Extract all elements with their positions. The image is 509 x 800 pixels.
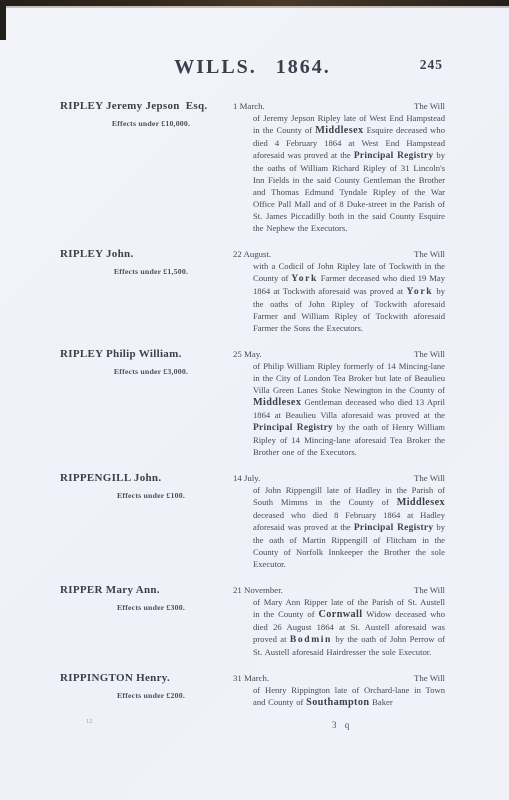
entry-body-text: of Henry Rippington late of Orchard-lane… — [253, 684, 445, 709]
entry-effects: Effects under £3,000. — [92, 367, 210, 376]
entry-name: RIPPENGILL John. — [60, 472, 240, 484]
page-number: 245 — [420, 57, 443, 73]
entry-name: RIPLEY John. — [60, 248, 240, 260]
entry-body-column: The Will of Philip William Ripley former… — [253, 348, 445, 458]
entry-date: 22 August. — [233, 249, 271, 259]
entry-effects: Effects under £300. — [92, 603, 210, 612]
entry-body-text: of Philip William Ripley formerly of 14 … — [253, 360, 445, 458]
entry-name-column: RIPPER Mary Ann. Effects under £300. — [60, 584, 240, 612]
entry-name: RIPLEY Jeremy Jepson Esq. — [60, 100, 240, 112]
highlighted-term: Principal Registry — [354, 523, 434, 533]
entry-date: 21 November. — [233, 585, 283, 595]
entry-effects: Effects under £1,500. — [92, 267, 210, 276]
highlighted-term: York — [291, 273, 318, 284]
entry-lead: The Will — [253, 248, 445, 260]
entry-name: RIPPINGTON Henry. — [60, 672, 240, 684]
will-entry: RIPLEY Jeremy Jepson Esq. Effects under … — [60, 100, 445, 234]
entry-name-column: RIPPENGILL John. Effects under £100. — [60, 472, 240, 500]
probate-calendar-page: WILLS. 1864. 245 RIPLEY Jeremy Jepson Es… — [0, 0, 509, 800]
entry-body-text: of Jeremy Jepson Ripley late of West End… — [253, 112, 445, 234]
entry-date: 14 July. — [233, 473, 260, 483]
entry-lead: The Will — [253, 100, 445, 112]
entry-body-column: The Will of Jeremy Jepson Ripley late of… — [253, 100, 445, 234]
highlighted-term: Principal Registry — [253, 423, 333, 433]
will-entry: RIPPINGTON Henry. Effects under £200. 31… — [60, 672, 445, 712]
will-entry: RIPLEY John. Effects under £1,500. 22 Au… — [60, 248, 445, 334]
entry-body-column: The Will of Henry Rippington late of Orc… — [253, 672, 445, 709]
entry-date: 25 May. — [233, 349, 262, 359]
entry-name: RIPLEY Philip William. — [60, 348, 240, 360]
entry-effects: Effects under £200. — [92, 691, 210, 700]
printers-mark: 12 — [86, 718, 93, 725]
entry-name: RIPPER Mary Ann. — [60, 584, 240, 596]
highlighted-term: Middlesex — [253, 397, 301, 408]
entry-body-column: The Will of Mary Ann Ripper late of the … — [253, 584, 445, 658]
entry-name-column: RIPLEY Philip William. Effects under £3,… — [60, 348, 240, 376]
entry-lead: The Will — [253, 672, 445, 684]
entry-name-column: RIPLEY Jeremy Jepson Esq. Effects under … — [60, 100, 240, 128]
entry-date: 1 March. — [233, 101, 265, 111]
page-footer: 12 3 q — [60, 726, 445, 746]
body-text: by the oaths of William Richard Ripley o… — [253, 150, 445, 233]
will-entry: RIPPENGILL John. Effects under £100. 14 … — [60, 472, 445, 570]
highlighted-term: Middlesex — [315, 125, 363, 136]
highlighted-term: Middlesex — [397, 497, 445, 508]
entry-body-text: with a Codicil of John Ripley late of To… — [253, 260, 445, 334]
entry-effects: Effects under £100. — [92, 491, 210, 500]
entry-lead: The Will — [253, 348, 445, 360]
entry-lead: The Will — [253, 472, 445, 484]
highlighted-term: Southampton — [306, 697, 369, 708]
body-text: of Philip William Ripley formerly of 14 … — [253, 361, 445, 395]
will-entry: RIPLEY Philip William. Effects under £3,… — [60, 348, 445, 458]
entry-body-column: The Will with a Codicil of John Ripley l… — [253, 248, 445, 334]
entry-name-column: RIPLEY John. Effects under £1,500. — [60, 248, 240, 276]
entry-effects: Effects under £10,000. — [92, 119, 210, 128]
entries: RIPLEY Jeremy Jepson Esq. Effects under … — [60, 100, 445, 712]
highlighted-term: York — [406, 286, 433, 297]
signature-mark: 3 q — [332, 720, 352, 730]
entry-body-text: of Mary Ann Ripper late of the Parish of… — [253, 596, 445, 658]
will-entry: RIPPER Mary Ann. Effects under £300. 21 … — [60, 584, 445, 658]
highlighted-term: Bodmin — [290, 634, 332, 645]
page-title: WILLS. 1864. — [60, 56, 445, 79]
highlighted-term: Cornwall — [319, 609, 363, 620]
entry-date: 31 March. — [233, 673, 269, 683]
entry-body-text: of John Rippengill late of Hadley in the… — [253, 484, 445, 570]
body-text: Baker — [369, 697, 392, 707]
entry-name-column: RIPPINGTON Henry. Effects under £200. — [60, 672, 240, 700]
highlighted-term: Principal Registry — [354, 151, 434, 161]
page-header: WILLS. 1864. 245 — [60, 56, 445, 82]
entry-body-column: The Will of John Rippengill late of Hadl… — [253, 472, 445, 570]
